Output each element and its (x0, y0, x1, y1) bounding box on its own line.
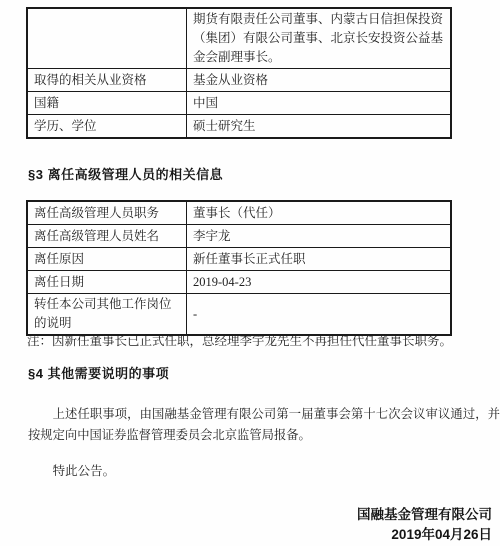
table-row: 离任原因 新任董事长正式任职 (27, 248, 451, 271)
announcement-document-page: 期货有限责任公司董事、内蒙古日信担保投资（集团）有限公司董事、北京长安投资公益基… (0, 0, 500, 546)
table-row: 离任高级管理人员职务 董事长（代任） (27, 201, 451, 225)
table-row: 取得的相关从业资格 基金从业资格 (27, 69, 451, 92)
table-row: 离任日期 2019-04-23 (27, 271, 451, 294)
row-label-cell: 离任高级管理人员姓名 (27, 225, 187, 248)
section-3-heading: §3 离任高级管理人员的相关信息 (28, 164, 223, 183)
row-label-cell (27, 8, 187, 69)
qualification-table: 期货有限责任公司董事、内蒙古日信担保投资（集团）有限公司董事、北京长安投资公益基… (26, 7, 452, 139)
table-row: 离任高级管理人员姓名 李宇龙 (27, 225, 451, 248)
row-label-cell: 离任日期 (27, 271, 187, 294)
row-label-cell: 离任高级管理人员职务 (27, 201, 187, 225)
row-value-cell: 董事长（代任） (187, 201, 452, 225)
departure-info-table: 离任高级管理人员职务 董事长（代任） 离任高级管理人员姓名 李宇龙 离任原因 新… (26, 200, 452, 336)
row-value-cell: 2019-04-23 (187, 271, 452, 294)
signature-company: 国融基金管理有限公司 (357, 503, 492, 523)
row-value-cell: 中国 (187, 92, 452, 115)
row-value-cell: 期货有限责任公司董事、内蒙古日信担保投资（集团）有限公司董事、北京长安投资公益基… (187, 8, 452, 69)
note-text: 注：因新任董事长已正式任职，总经理李宇龙先生不再担任代任董事长职务。 (27, 332, 489, 350)
row-value-cell: - (187, 294, 452, 336)
row-label-cell: 学历、学位 (27, 115, 187, 139)
table-row: 转任本公司其他工作岗位的说明 - (27, 294, 451, 336)
row-value-cell: 硕士研究生 (187, 115, 452, 139)
row-label-cell: 国籍 (27, 92, 187, 115)
table-row: 期货有限责任公司董事、内蒙古日信担保投资（集团）有限公司董事、北京长安投资公益基… (27, 8, 451, 69)
section-4-heading: §4 其他需要说明的事项 (28, 363, 169, 382)
table-row: 学历、学位 硕士研究生 (27, 115, 451, 139)
row-label-cell: 离任原因 (27, 248, 187, 271)
row-value-cell: 新任董事长正式任职 (187, 248, 452, 271)
row-label-cell: 取得的相关从业资格 (27, 69, 187, 92)
row-value-cell: 基金从业资格 (187, 69, 452, 92)
table-row: 国籍 中国 (27, 92, 451, 115)
row-label-cell: 转任本公司其他工作岗位的说明 (27, 294, 187, 336)
signature-date: 2019年04月26日 (391, 523, 492, 543)
approval-paragraph: 上述任职事项，由国融基金管理有限公司第一届董事会第十七次会议审议通过，并按规定向… (28, 404, 500, 445)
row-value-cell: 李宇龙 (187, 225, 452, 248)
closing-text: 特此公告。 (28, 461, 115, 479)
